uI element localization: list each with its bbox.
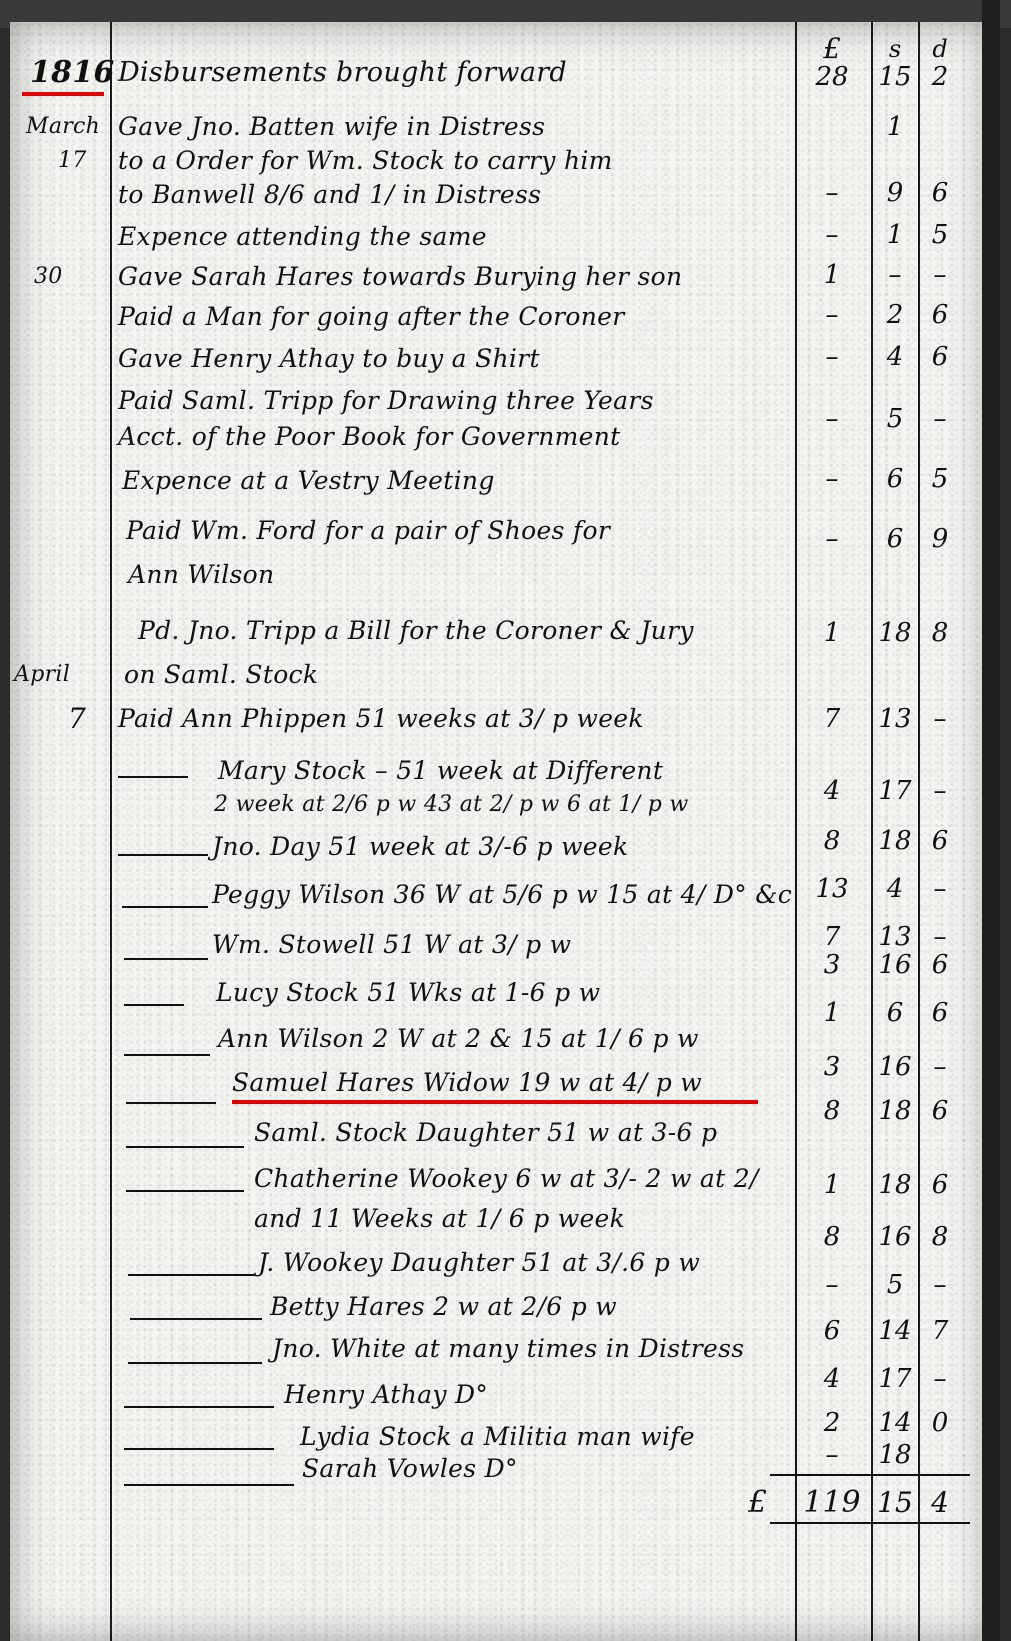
entry-pence: 5 xyxy=(920,464,960,494)
entry-shillings: 6 xyxy=(873,998,917,1028)
entry-shillings: – xyxy=(873,260,917,290)
brought-forward-pounds: 28 xyxy=(797,62,867,92)
entry-shillings: 16 xyxy=(873,1052,917,1082)
entry-pence: – xyxy=(920,404,960,434)
entry-pounds: 7 xyxy=(797,922,867,952)
total-pounds: 119 xyxy=(797,1488,867,1518)
entry-pence: 6 xyxy=(920,1096,960,1126)
entry-text: Gave Henry Athay to buy a Shirt xyxy=(118,344,540,374)
entry-shillings: 17 xyxy=(873,1364,917,1394)
entry-text: Jno. White at many times in Distress xyxy=(272,1334,744,1364)
entry-pounds: 1 xyxy=(797,260,867,290)
entry-text: Jno. Day 51 week at 3/-6 p week xyxy=(212,832,628,862)
ditto-dash xyxy=(128,1274,254,1276)
brought-forward-label: Disbursements brought forward xyxy=(118,58,567,88)
entry-date: 30 xyxy=(34,262,63,292)
ditto-dash xyxy=(124,958,208,960)
entry-text: to Banwell 8/6 and 1/ in Distress xyxy=(118,180,541,210)
entry-pence: – xyxy=(920,1364,960,1394)
entry-pence: 6 xyxy=(920,342,960,372)
entry-pounds: 8 xyxy=(797,826,867,856)
entry-shillings: 4 xyxy=(873,874,917,904)
entry-pounds: – xyxy=(797,464,867,494)
entry-pence: 6 xyxy=(920,1170,960,1200)
highlighted-entry-text: Samuel Hares Widow 19 w at 4/ p w xyxy=(232,1068,702,1098)
entry-pounds: 2 xyxy=(797,1408,867,1438)
pence-header: d xyxy=(920,34,960,64)
entry-pence: 5 xyxy=(920,220,960,250)
entry-pence: 6 xyxy=(920,950,960,980)
entry-text: Wm. Stowell 51 W at 3/ p w xyxy=(212,930,571,960)
entry-text: Lydia Stock a Militia man wife xyxy=(300,1422,695,1452)
entry-date: March xyxy=(26,112,100,142)
entry-text: J. Wookey Daughter 51 at 3/.6 p w xyxy=(258,1248,700,1278)
entry-pounds: 4 xyxy=(797,1364,867,1394)
entry-pence: 6 xyxy=(920,300,960,330)
entry-pounds: – xyxy=(797,404,867,434)
ditto-dash xyxy=(126,1102,216,1104)
entry-pounds: 3 xyxy=(797,950,867,980)
entry-text: Acct. of the Poor Book for Government xyxy=(118,422,620,452)
entry-text: Expence attending the same xyxy=(118,222,487,252)
entry-pence: – xyxy=(920,874,960,904)
ditto-dash xyxy=(128,1362,262,1364)
total-mark: £ xyxy=(748,1488,767,1518)
brought-forward-shillings: 15 xyxy=(873,62,917,92)
entry-text: Gave Jno. Batten wife in Distress xyxy=(118,112,545,142)
entry-shillings: 2 xyxy=(873,300,917,330)
entry-pounds: – xyxy=(797,220,867,250)
ditto-dash xyxy=(124,1004,184,1006)
entry-text: Sarah Vowles D° xyxy=(302,1454,518,1484)
ditto-dash xyxy=(124,1054,210,1056)
entry-pence: – xyxy=(920,1052,960,1082)
entry-pounds: 13 xyxy=(797,874,867,904)
entry-pounds: 6 xyxy=(797,1316,867,1346)
entry-text: Expence at a Vestry Meeting xyxy=(122,466,495,496)
entry-text: Paid Ann Phippen 51 weeks at 3/ p week xyxy=(118,704,644,734)
ditto-dash xyxy=(130,1318,262,1320)
entry-text: 2 week at 2/6 p w 43 at 2/ p w 6 at 1/ p… xyxy=(214,790,689,820)
entry-pence: 9 xyxy=(920,524,960,554)
entry-pounds: 3 xyxy=(797,1052,867,1082)
entry-shillings: 16 xyxy=(873,950,917,980)
total-pence: 4 xyxy=(920,1488,960,1518)
entry-pounds: 1 xyxy=(797,998,867,1028)
entry-text: Gave Sarah Hares towards Burying her son xyxy=(118,262,682,292)
entry-text: Chatherine Wookey 6 w at 3/- 2 w at 2/ xyxy=(254,1164,759,1194)
entry-pence: – xyxy=(920,776,960,806)
entry-text: Ann Wilson xyxy=(128,560,274,590)
entry-shillings: 14 xyxy=(873,1408,917,1438)
ditto-dash xyxy=(124,1406,274,1408)
entry-text: Saml. Stock Daughter 51 w at 3-6 p xyxy=(254,1118,717,1148)
entry-pence: – xyxy=(920,922,960,952)
entry-pence: 6 xyxy=(920,826,960,856)
entry-shillings: 13 xyxy=(873,704,917,734)
ditto-dash xyxy=(118,854,208,856)
entry-pence: 6 xyxy=(920,998,960,1028)
entry-text: and 11 Weeks at 1/ 6 p week xyxy=(254,1204,625,1234)
ditto-dash xyxy=(124,1484,294,1486)
entry-pounds: 7 xyxy=(797,704,867,734)
entry-text: Lucy Stock 51 Wks at 1-6 p w xyxy=(216,978,600,1008)
entry-pence: 6 xyxy=(920,178,960,208)
brought-forward-pence: 2 xyxy=(920,62,960,92)
entry-pounds: – xyxy=(797,524,867,554)
entry-text: Paid Wm. Ford for a pair of Shoes for xyxy=(126,516,610,546)
entry-pence: 8 xyxy=(920,618,960,648)
entry-pounds: – xyxy=(797,300,867,330)
entry-date: 17 xyxy=(58,146,87,176)
entry-shillings: 14 xyxy=(873,1316,917,1346)
entry-text: Henry Athay D° xyxy=(284,1380,488,1410)
entry-pounds: – xyxy=(797,1270,867,1300)
entry-pounds: – xyxy=(797,342,867,372)
entry-shillings: 1 xyxy=(873,220,917,250)
total-rule-bottom xyxy=(770,1522,970,1524)
entry-shillings: 13 xyxy=(873,922,917,952)
entry-pounds: – xyxy=(797,178,867,208)
ditto-dash xyxy=(126,1190,244,1192)
entry-text: on Saml. Stock xyxy=(124,660,318,690)
entry-text: Mary Stock – 51 week at Different xyxy=(218,756,663,786)
entry-pounds: – xyxy=(797,1440,867,1470)
total-rule-top xyxy=(770,1474,970,1476)
date-column-rule xyxy=(110,22,112,1641)
entry-date: April xyxy=(14,660,70,690)
entry-date: 7 xyxy=(68,704,86,734)
entry-shillings: 18 xyxy=(873,826,917,856)
year-heading: 1816 xyxy=(30,58,115,88)
entry-text: Paid Saml. Tripp for Drawing three Years xyxy=(118,386,654,416)
entry-text: Pd. Jno. Tripp a Bill for the Coroner & … xyxy=(138,616,694,646)
entry-shillings: 18 xyxy=(873,618,917,648)
entry-shillings: 18 xyxy=(873,1096,917,1126)
entry-text: Paid a Man for going after the Coroner xyxy=(118,302,624,332)
entry-pounds: 1 xyxy=(797,618,867,648)
pounds-header: £ xyxy=(797,34,867,64)
entry-pence: 8 xyxy=(920,1222,960,1252)
entry-shillings: 1 xyxy=(873,112,917,142)
entry-pounds: 1 xyxy=(797,1170,867,1200)
ditto-dash xyxy=(126,1146,244,1148)
entry-shillings: 17 xyxy=(873,776,917,806)
entry-shillings: 6 xyxy=(873,524,917,554)
entry-shillings: 5 xyxy=(873,404,917,434)
entry-shillings: 6 xyxy=(873,464,917,494)
entry-pence: – xyxy=(920,1270,960,1300)
entry-text: Ann Wilson 2 W at 2 & 15 at 1/ 6 p w xyxy=(218,1024,699,1054)
entry-pounds: 8 xyxy=(797,1222,867,1252)
entry-pounds: 8 xyxy=(797,1096,867,1126)
entry-pence: – xyxy=(920,704,960,734)
entry-shillings: 18 xyxy=(873,1440,917,1470)
entry-text: to a Order for Wm. Stock to carry him xyxy=(118,146,613,176)
entry-shillings: 4 xyxy=(873,342,917,372)
entry-pence: 0 xyxy=(920,1408,960,1438)
entry-text: Betty Hares 2 w at 2/6 p w xyxy=(270,1292,617,1322)
ditto-dash xyxy=(124,1448,274,1450)
entry-shillings: 16 xyxy=(873,1222,917,1252)
total-shillings: 15 xyxy=(873,1488,917,1518)
entry-pence: – xyxy=(920,260,960,290)
entry-shillings: 9 xyxy=(873,178,917,208)
highlight-red-underline xyxy=(232,1100,758,1104)
entry-pence: 7 xyxy=(920,1316,960,1346)
entry-shillings: 18 xyxy=(873,1170,917,1200)
ditto-dash xyxy=(118,776,188,778)
entry-pounds: 4 xyxy=(797,776,867,806)
entry-text: Peggy Wilson 36 W at 5/6 p w 15 at 4/ D°… xyxy=(212,880,792,910)
year-red-underline xyxy=(22,92,104,96)
scan-right-border xyxy=(982,0,1000,1641)
entry-shillings: 5 xyxy=(873,1270,917,1300)
shillings-header: s xyxy=(873,34,917,64)
ditto-dash xyxy=(122,906,208,908)
